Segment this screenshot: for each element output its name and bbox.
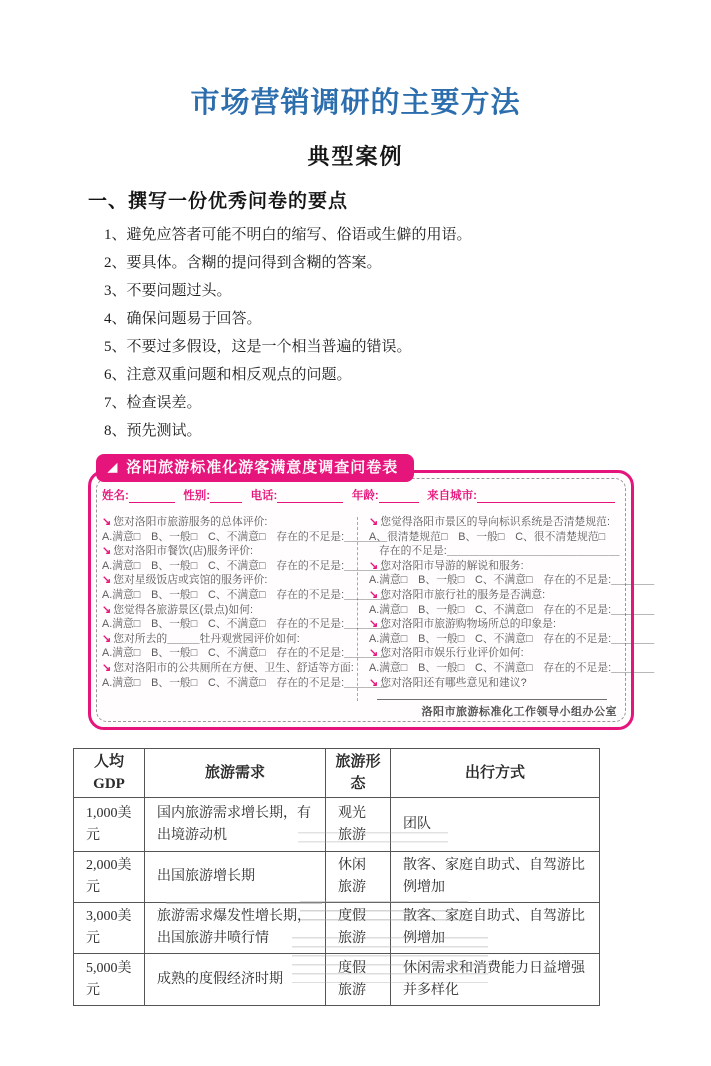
blank-line (210, 491, 242, 503)
list-item: 8、预先测试。 (104, 417, 624, 445)
question-title: ↘您对洛阳市旅游购物场所总的印象是: (369, 617, 617, 632)
question-answer: A.满意□ B、一般□ C、不满意□ 存在的不足是:＿＿＿＿ (369, 603, 617, 618)
questionnaire-footer: 洛阳市旅游标准化工作领导小组办公室 (369, 705, 617, 720)
table-cell: 成熟的度假经济时期 (145, 954, 326, 1006)
question-title: ↘您对洛阳市导游的解说和服务: (369, 559, 617, 574)
field-label: 电话: (251, 487, 278, 503)
questionnaire-right-column: ↘您觉得洛阳市景区的导向标识系统是否清楚规范: A、很清楚规范□ B、一般□ C… (369, 515, 617, 720)
list-item: 7、检查误差。 (104, 389, 624, 417)
gdp-tourism-table: 人均GDP 旅游需求 旅游形态 出行方式 1,000美元 国内旅游需求增长期，有… (73, 748, 600, 1006)
key-points-list: 1、避免应答者可能不明白的缩写、俗语或生僻的用语。 2、要具体。含糊的提问得到含… (104, 221, 624, 445)
question-answer: A、很清楚规范□ B、一般□ C、很不清楚规范□ (369, 530, 617, 545)
question-title: ↘您对洛阳市旅行社的服务是否满意: (369, 588, 617, 603)
document-page: 市场营销调研的主要方法 典型案例 一、撰写一份优秀问卷的要点 1、避免应答者可能… (0, 0, 711, 1066)
arrow-icon: ↘ (369, 560, 378, 572)
section-heading: 一、撰写一份优秀问卷的要点 (88, 186, 348, 213)
question-title: ↘您觉得各旅游景区(景点)如何: (102, 603, 354, 618)
arrow-icon: ↘ (102, 633, 111, 645)
table-header-cell: 人均GDP (74, 749, 145, 798)
arrow-icon: ↘ (102, 545, 111, 557)
table-row: 5,000美元 成熟的度假经济时期 度假旅游 休闲需求和消费能力日益增强并多样化 (74, 954, 600, 1006)
table-header-cell: 出行方式 (391, 749, 600, 798)
arrow-icon: ↘ (102, 662, 111, 674)
form-field-age: 年龄: (352, 487, 419, 503)
arrow-icon: ↘ (369, 589, 378, 601)
table-cell: 1,000美元 (74, 798, 145, 852)
arrow-icon: ↘ (102, 604, 111, 616)
blank-answer-line (377, 690, 607, 700)
list-item: 3、不要问题过头。 (104, 277, 624, 305)
question-title: ↘您对洛阳市旅游服务的总体评价: (102, 515, 354, 530)
arrow-icon: ↘ (102, 574, 111, 586)
table-cell: 休闲旅游 (326, 852, 391, 903)
table-cell: 团队 (391, 798, 600, 852)
table-cell: 散客、家庭自助式、自驾游比例增加 (391, 852, 600, 903)
list-item: 6、注意双重问题和相反观点的问题。 (104, 361, 624, 389)
list-item: 5、不要过多假设，这是一个相当普遍的错误。 (104, 333, 624, 361)
table-cell: 度假旅游 (326, 954, 391, 1006)
list-item: 2、要具体。含糊的提问得到含糊的答案。 (104, 249, 624, 277)
field-label: 年龄: (352, 487, 379, 503)
question-answer: A.满意□ B、一般□ C、不满意□ 存在的不足是:＿＿＿＿ (102, 617, 354, 632)
arrow-icon: ↘ (369, 516, 378, 528)
triangle-icon: ◢ (108, 453, 118, 481)
blank-line (379, 491, 419, 503)
table-row: 2,000美元 出国旅游增长期 休闲旅游 散客、家庭自助式、自驾游比例增加 (74, 852, 600, 903)
questionnaire-left-column: ↘您对洛阳市旅游服务的总体评价: A.满意□ B、一般□ C、不满意□ 存在的不… (102, 515, 354, 690)
blank-line (129, 491, 175, 503)
table-cell: 国内旅游需求增长期，有出境游动机 (145, 798, 326, 852)
question-title: ↘您对洛阳市的公共厕所在方便、卫生、舒适等方面: (102, 661, 354, 676)
field-label: 性别: (183, 487, 210, 503)
question-title: ↘您觉得洛阳市景区的导向标识系统是否清楚规范: (369, 515, 617, 530)
page-title: 市场营销调研的主要方法 (0, 80, 711, 121)
list-item: 4、确保问题易于回答。 (104, 305, 624, 333)
question-answer: A.满意□ B、一般□ C、不满意□ 存在的不足是:＿＿＿＿ (102, 646, 354, 661)
question-answer: A.满意□ B、一般□ C、不满意□ 存在的不足是:＿＿＿＿ (369, 573, 617, 588)
question-answer: A.满意□ B、一般□ C、不满意□ 存在的不足是:＿＿＿＿ (369, 632, 617, 647)
question-answer: A.满意□ B、一般□ C、不满意□ 存在的不足是:＿＿＿＿ (102, 588, 354, 603)
table-header-cell: 旅游形态 (326, 749, 391, 798)
table-cell: 度假旅游 (326, 903, 391, 954)
form-field-phone: 电话: (251, 487, 344, 503)
question-title: ↘您对所去的＿＿＿牡丹观赏园评价如何: (102, 632, 354, 647)
arrow-icon: ↘ (369, 647, 378, 659)
questionnaire-header-fields: 姓名: 性别: 电话: 年龄: 来自城市: (102, 487, 615, 503)
blank-line (277, 491, 343, 503)
arrow-icon: ↘ (369, 618, 378, 630)
table-cell: 散客、家庭自助式、自驾游比例增加 (391, 903, 600, 954)
field-label: 姓名: (102, 487, 129, 503)
table-row: 1,000美元 国内旅游需求增长期，有出境游动机 观光旅游 团队 (74, 798, 600, 852)
table-header-cell: 旅游需求 (145, 749, 326, 798)
question-answer: A.满意□ B、一般□ C、不满意□ 存在的不足是:＿＿＿＿ (102, 530, 354, 545)
question-answer: A.满意□ B、一般□ C、不满意□ 存在的不足是:＿＿＿＿ (369, 661, 617, 676)
page-subtitle: 典型案例 (0, 140, 711, 171)
questionnaire-title: 洛阳旅游标准化游客满意度调查问卷表 (126, 459, 398, 476)
form-field-city: 来自城市: (427, 487, 615, 503)
arrow-icon: ↘ (102, 516, 111, 528)
question-answer: 存在的不足是:＿＿＿＿＿＿＿＿＿＿＿＿＿＿＿＿ (369, 544, 617, 559)
table-cell: 休闲需求和消费能力日益增强并多样化 (391, 954, 600, 1006)
blank-line (477, 491, 615, 503)
questionnaire-title-banner: ◢洛阳旅游标准化游客满意度调查问卷表 (96, 454, 414, 482)
form-field-gender: 性别: (183, 487, 242, 503)
arrow-icon: ↘ (369, 677, 378, 689)
question-title: ↘您对洛阳市餐饮(店)服务评价: (102, 544, 354, 559)
table-cell: 5,000美元 (74, 954, 145, 1006)
form-field-name: 姓名: (102, 487, 175, 503)
table-header-row: 人均GDP 旅游需求 旅游形态 出行方式 (74, 749, 600, 798)
question-answer: A.满意□ B、一般□ C、不满意□ 存在的不足是:＿＿＿＿ (102, 559, 354, 574)
question-title: ↘您对洛阳市娱乐行业评价如何: (369, 646, 617, 661)
table-cell: 观光旅游 (326, 798, 391, 852)
table-cell: 2,000美元 (74, 852, 145, 903)
question-title: ↘您对洛阳还有哪些意见和建议? (369, 676, 617, 691)
table-cell: 3,000美元 (74, 903, 145, 954)
column-divider (357, 517, 358, 701)
table-row: 3,000美元 旅游需求爆发性增长期，出国旅游井喷行情 度假旅游 散客、家庭自助… (74, 903, 600, 954)
field-label: 来自城市: (427, 487, 477, 503)
question-answer: A.满意□ B、一般□ C、不满意□ 存在的不足是:＿＿＿＿ (102, 676, 354, 691)
table-cell: 旅游需求爆发性增长期，出国旅游井喷行情 (145, 903, 326, 954)
list-item: 1、避免应答者可能不明白的缩写、俗语或生僻的用语。 (104, 221, 624, 249)
table-cell: 出国旅游增长期 (145, 852, 326, 903)
question-title: ↘您对星级饭店或宾馆的服务评价: (102, 573, 354, 588)
